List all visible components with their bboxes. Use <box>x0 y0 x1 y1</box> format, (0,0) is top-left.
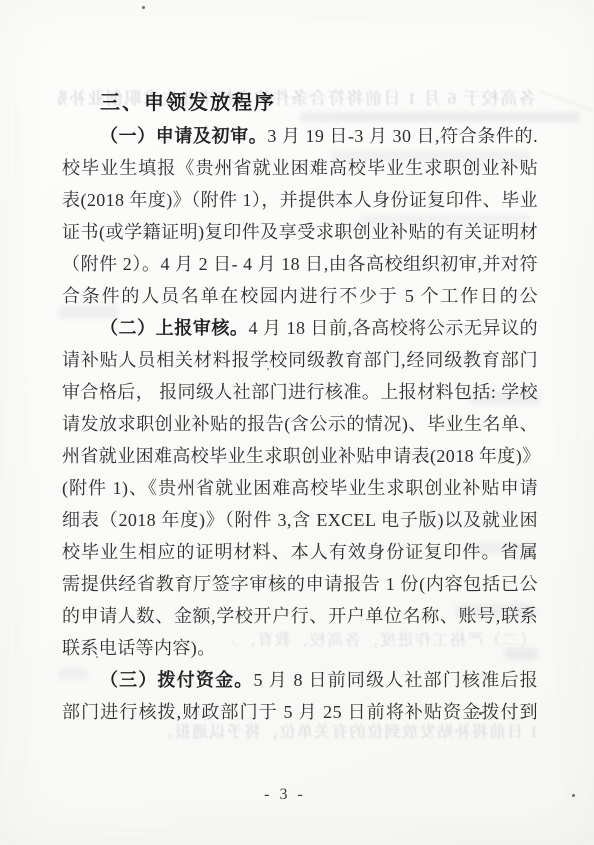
text-line-content: 校毕业生相应的证明材料、本人有效身份证复印件。省属高校 <box>62 542 538 568</box>
text-line-content: 请发放求职创业补贴的报告(含公示的情况)、毕业生名单、《贵 <box>62 414 538 440</box>
text-line: 的申请人数、金额,学校开户行、开户单位名称、账号,联系人、 <box>62 600 538 632</box>
paragraph-lead: （三）拨付资金。 <box>100 670 254 690</box>
paragraph-lead: （一）申请及初审。 <box>100 126 267 146</box>
text-line: 部门进行核拨,财政部门于 5 月 25 日前将补贴资金拨付到位, <box>62 696 538 728</box>
paragraph-lead: （二）上报审核。 <box>100 318 248 338</box>
text-line: 请补贴人员相关材料报学校同级教育部门,经同级教育部门复 <box>62 344 538 376</box>
section-heading: 三、申领发放程序 <box>62 86 538 120</box>
scan-speck <box>267 368 269 370</box>
text-line: 校毕业生填报《贵州省就业困难高校毕业生求职创业补贴申请 <box>62 152 538 184</box>
scan-speck <box>572 794 575 797</box>
text-line: 审合格后， 报同级人社部门进行核准。上报材料包括: 学校申 <box>62 376 538 408</box>
text-line: （三）拨付资金。5 月 8 日前同级人社部门核准后报财政 <box>62 664 538 696</box>
text-line: （二）上报审核。4 月 18 日前,各高校将公示无异议的申 <box>62 312 538 344</box>
text-line: （附件 2）。4 月 2 日- 4 月 18 日,由各高校组织初审,并对符 <box>62 248 538 280</box>
text-line-content: 州省就业困难高校毕业生求职创业补贴申请表(2018 年度)》 <box>62 446 538 466</box>
text-line-content: 请补贴人员相关材料报学校同级教育部门,经同级教育部门复 <box>62 350 538 376</box>
text-line-content: 校毕业生填报《贵州省就业困难高校毕业生求职创业补贴申请 <box>62 158 538 184</box>
text-line-content: 合条件的人员名单在校园内进行不少于 5 个工作日的公示。 <box>62 286 538 312</box>
text-line: 校毕业生相应的证明材料、本人有效身份证复印件。省属高校 <box>62 536 538 568</box>
text-line: 证书(或学籍证明)复印件及享受求职创业补贴的有关证明材料 <box>62 216 538 248</box>
text-line: 州省就业困难高校毕业生求职创业补贴申请表(2018 年度)》 <box>62 440 538 472</box>
text-line: （一）申请及初审。3 月 19 日-3 月 30 日,符合条件的.高 <box>62 120 538 152</box>
text-line: 联系电话等内容)。 <box>62 632 538 664</box>
text-line: 需提供经省教育厅签字审核的申请报告 1 份(内容包括已公示 <box>62 568 538 600</box>
text-line: 合条件的人员名单在校园内进行不少于 5 个工作日的公示。 <box>62 280 538 312</box>
text-line: (附件 1)、《贵州省就业困难高校毕业生求职创业补贴申请明 <box>62 472 538 504</box>
text-line-content: 细表（2018 年度)》（附件 3,含 EXCEL 电子版)以及就业困难高 <box>62 510 538 536</box>
text-line-content: 部门进行核拨,财政部门于 5 月 25 日前将补贴资金拨付到位, <box>62 702 538 728</box>
text-line-content: （附件 2）。4 月 2 日- 4 月 18 日,由各高校组织初审,并对符 <box>62 254 538 274</box>
scan-shadow-arc <box>537 90 593 113</box>
text-line-content: (附件 1)、《贵州省就业困难高校毕业生求职创业补贴申请明 <box>62 478 538 504</box>
text-line-content: 需提供经省教育厅签字审核的申请报告 1 份(内容包括已公示 <box>62 574 538 600</box>
text-line: 细表（2018 年度)》（附件 3,含 EXCEL 电子版)以及就业困难高 <box>62 504 538 536</box>
page-number: - 3 - <box>0 786 570 804</box>
text-line-content: 联系电话等内容)。 <box>62 638 216 658</box>
text-line: 请发放求职创业补贴的报告(含公示的情况)、毕业生名单、《贵 <box>62 408 538 440</box>
scan-speck <box>96 656 98 658</box>
scan-speck <box>479 712 482 715</box>
scan-speck <box>142 6 145 9</box>
document-body: 三、申领发放程序 （一）申请及初审。3 月 19 日-3 月 30 日,符合条件… <box>62 86 538 728</box>
text-line-content: 证书(或学籍证明)复印件及享受求职创业补贴的有关证明材料 <box>62 222 538 248</box>
text-line-content: 的申请人数、金额,学校开户行、开户单位名称、账号,联系人、 <box>62 606 538 632</box>
text-line-content: 表(2018 年度)》（附件 1），并提供本人身份证复印件、毕业 <box>62 190 538 210</box>
scanned-document-page: 各高校于 6 月 1 日前将符合条件的高校毕业生求职创业补贴金全 （二）严格工作… <box>0 0 594 845</box>
text-line-content: 审合格后， 报同级人社部门进行核准。上报材料包括: 学校申 <box>62 382 538 408</box>
text-line: 表(2018 年度)》（附件 1），并提供本人身份证复印件、毕业 <box>62 184 538 216</box>
